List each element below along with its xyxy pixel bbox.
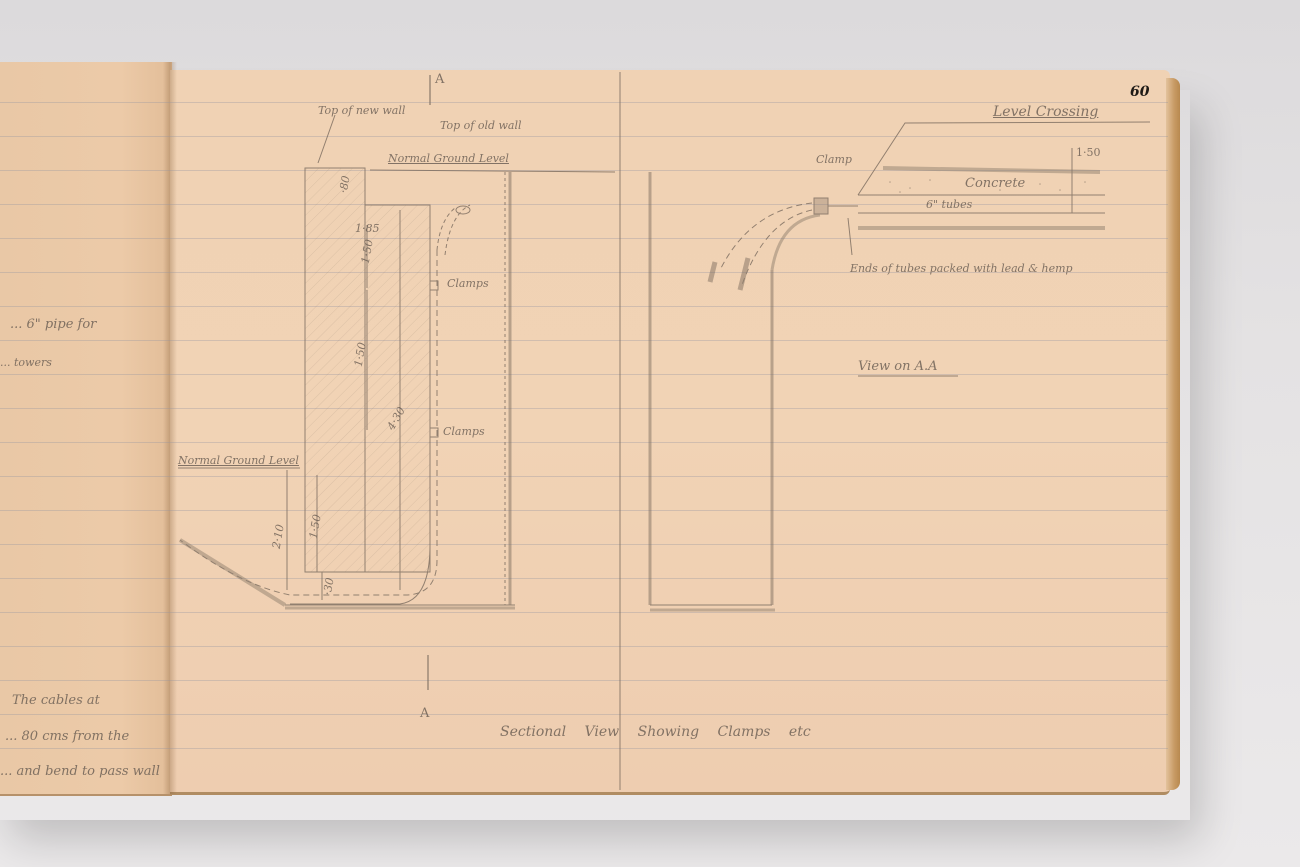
page-number: 60	[1130, 84, 1149, 100]
left-page	[0, 62, 172, 796]
label-clamps-2: Clamps	[443, 425, 485, 438]
label-clamp: Clamp	[816, 153, 852, 166]
left-fragment-4: ... 80 cms from the	[5, 729, 129, 744]
notebook-spine	[163, 62, 177, 794]
section-marker-top: A	[435, 72, 444, 87]
label-top-old-wall: Top of old wall	[440, 119, 522, 132]
page-edges	[1166, 78, 1180, 790]
label-ends-note: Ends of tubes packed with lead & hemp	[850, 262, 1073, 275]
label-ground-level-lower: Normal Ground Level	[178, 454, 299, 467]
label-level-crossing: Level Crossing	[993, 104, 1098, 120]
dim-1-85: 1·85	[355, 222, 380, 235]
left-fragment-2: ... towers	[0, 356, 52, 369]
label-ground-level-upper: Normal Ground Level	[388, 152, 509, 165]
label-concrete: Concrete	[965, 176, 1025, 191]
label-clamps-1: Clamps	[447, 277, 489, 290]
section-marker-bottom: A	[420, 706, 429, 721]
label-top-new-wall: Top of new wall	[318, 104, 405, 117]
sectional-view-caption: Sectional View Showing Clamps etc	[500, 724, 811, 740]
left-fragment-5: ... and bend to pass wall	[0, 764, 160, 779]
left-fragment-3: The cables at	[12, 693, 100, 708]
left-fragment-1: ... 6" pipe for	[10, 317, 96, 332]
label-height-1-50: 1·50	[1076, 146, 1101, 159]
label-tubes: 6" tubes	[926, 198, 972, 211]
view-on-aa-title: View on A.A	[858, 359, 938, 374]
